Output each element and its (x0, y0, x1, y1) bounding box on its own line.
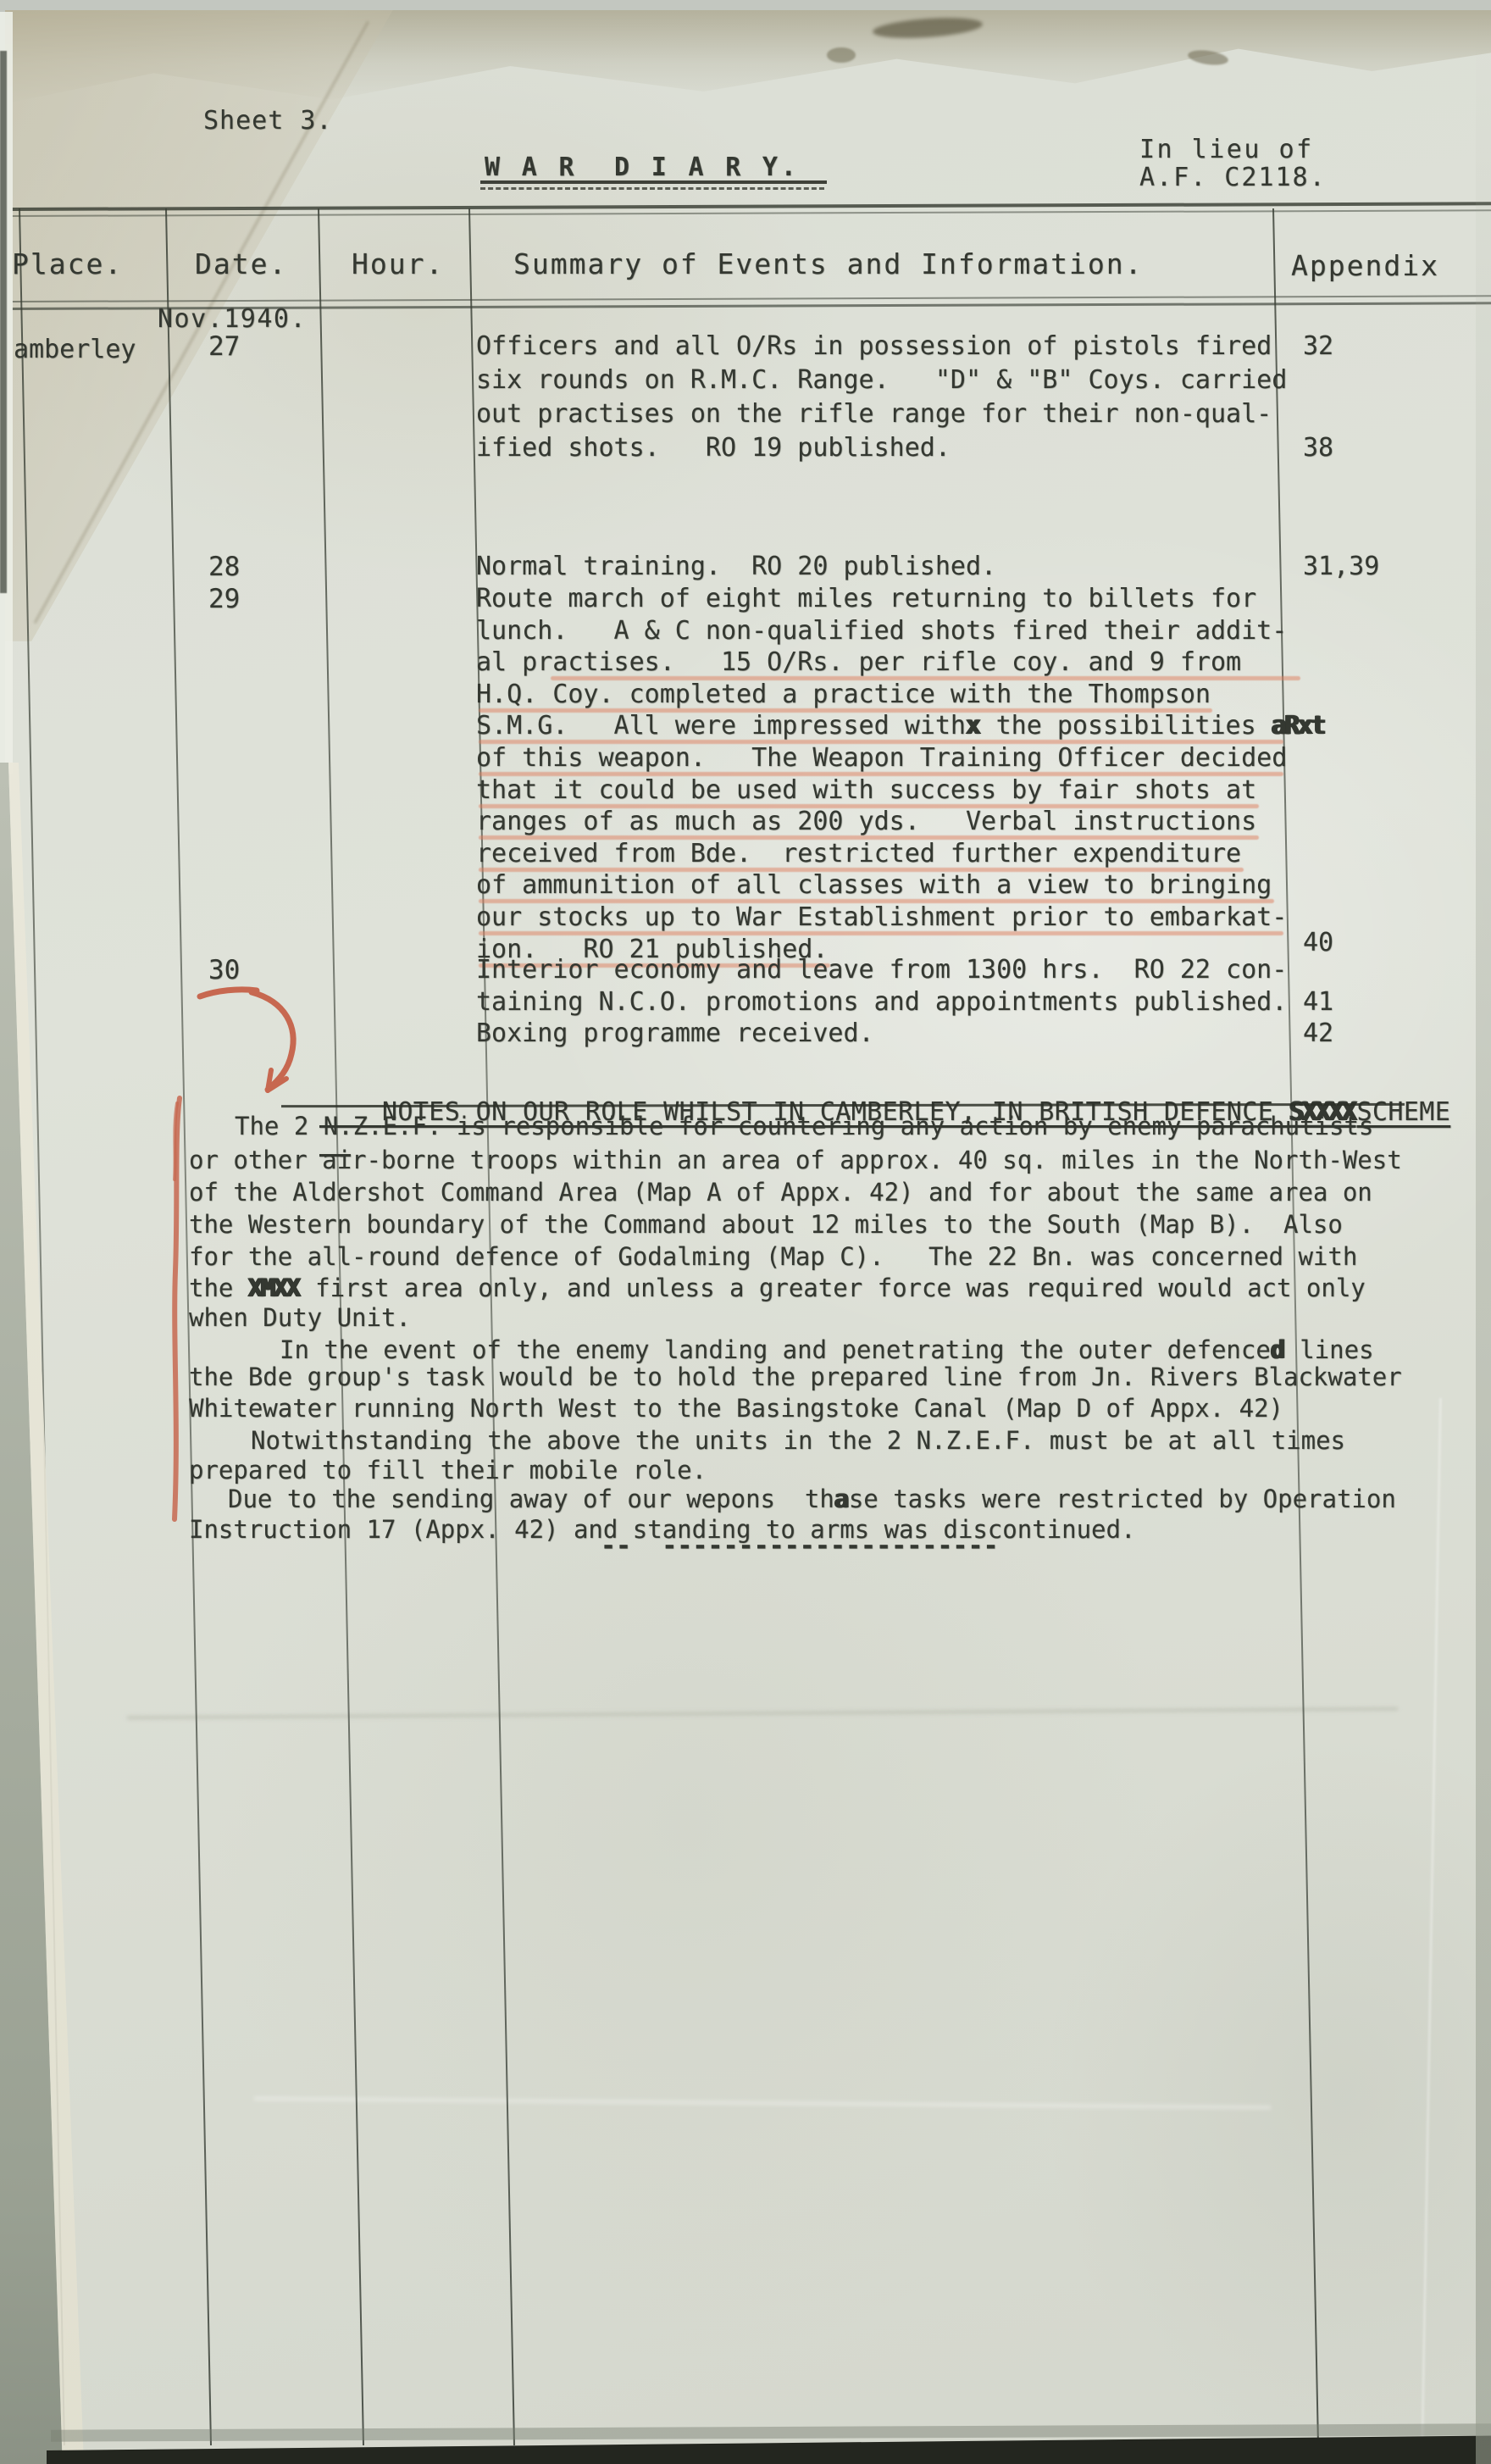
column-header-place: Place. (12, 250, 123, 279)
summary-line: lunch. A & C non-qualified shots fired t… (476, 617, 1287, 646)
summary-line: ified shots. RO 19 published. (476, 434, 951, 463)
title-underline (480, 180, 827, 184)
notes-line: In the event of the enemy landing and pe… (280, 1335, 1374, 1364)
notes-line: Notwithstanding the above the units in t… (251, 1426, 1345, 1455)
summary-line: that it could be used with success by fa… (476, 776, 1256, 805)
summary-line: of ammunition of all classes with a view… (476, 871, 1272, 900)
notes-line: Whitewater running North West to the Bas… (189, 1394, 1283, 1423)
column-line-appendix (1272, 208, 1319, 2445)
summary-line: Boxing programme received. (476, 1019, 874, 1048)
appendix-ref: 38 (1303, 434, 1333, 463)
notes-line: the Western boundary of the Command abou… (189, 1210, 1343, 1239)
notes-line: the XMXX first area only, and unless a g… (189, 1274, 1366, 1302)
notes-line: when Duty Unit. (189, 1303, 411, 1332)
form-reference-line2: A.F. C2118. (1139, 164, 1327, 192)
summary-line: Officers and all O/Rs in possession of p… (476, 332, 1272, 361)
page-title: W A R D I A R Y. (485, 153, 800, 182)
column-header-appendix: Appendix (1291, 252, 1439, 280)
place-cell: amberley (14, 336, 136, 364)
notes-line: prepared to fill their mobile role. (189, 1456, 707, 1485)
notes-line: Due to the sending away of our wepons th… (228, 1485, 1396, 1513)
summary-line: S.M.G. All were impressed withx the poss… (476, 712, 1326, 741)
appendix-ref: 41 (1303, 988, 1333, 1017)
column-line-summary (468, 208, 515, 2445)
sheet-number-label: Sheet 3. (203, 107, 333, 136)
summary-line: received from Bde. restricted further ex… (476, 840, 1241, 869)
appendix-ref: 31,39 (1303, 552, 1379, 581)
war-diary-document: Sheet 3. W A R D I A R Y. In lieu of A.F… (0, 0, 1491, 2464)
notes-line: for the all-round defence of Godalming (… (189, 1242, 1357, 1271)
notes-line: of the Aldershot Command Area (Map A of … (189, 1178, 1372, 1207)
summary-line: al practises. 15 O/Rs. per rifle coy. an… (476, 648, 1241, 677)
summary-line: Interior economy and leave from 1300 hrs… (476, 956, 1287, 985)
appendix-ref: 40 (1303, 929, 1333, 957)
date-cell: 29 (208, 585, 240, 613)
appendix-ref: 42 (1303, 1019, 1333, 1048)
date-cell: 27 (208, 332, 240, 361)
appendix-ref: 32 (1303, 332, 1333, 361)
summary-line: out practises on the rifle range for the… (476, 400, 1272, 429)
column-header-summary: Summary of Events and Information. (513, 250, 1144, 279)
end-of-entry-rule: -- ---------------------- (601, 1532, 999, 1561)
summary-line: H.Q. Coy. completed a practice with the … (476, 680, 1211, 709)
summary-line: ranges of as much as 200 yds. Verbal ins… (476, 807, 1256, 836)
notes-line: the Bde group's task would be to hold th… (189, 1362, 1402, 1391)
summary-line: our stocks up to War Establishment prior… (476, 903, 1287, 932)
summary-line: taining N.C.O. promotions and appointmen… (476, 988, 1287, 1017)
title-underline-dashed (480, 187, 824, 190)
date-cell: 28 (208, 552, 240, 581)
month-label: Nov.1940. (158, 305, 307, 334)
column-header-hour: Hour. (352, 250, 444, 279)
column-header-date: Date. (195, 250, 287, 279)
date-cell: 30 (208, 956, 240, 985)
form-reference-line1: In lieu of (1139, 136, 1314, 164)
summary-line: six rounds on R.M.C. Range. "D" & "B" Co… (476, 366, 1287, 395)
summary-line: Route march of eight miles returning to … (476, 585, 1256, 613)
notes-line: or other air-borne troops within an area… (189, 1146, 1402, 1174)
summary-line: of this weapon. The Weapon Training Offi… (476, 744, 1287, 773)
summary-line: Normal training. RO 20 published. (476, 552, 996, 581)
notes-line: The 2 N.Z.E.F. is responsible for counte… (235, 1112, 1373, 1140)
